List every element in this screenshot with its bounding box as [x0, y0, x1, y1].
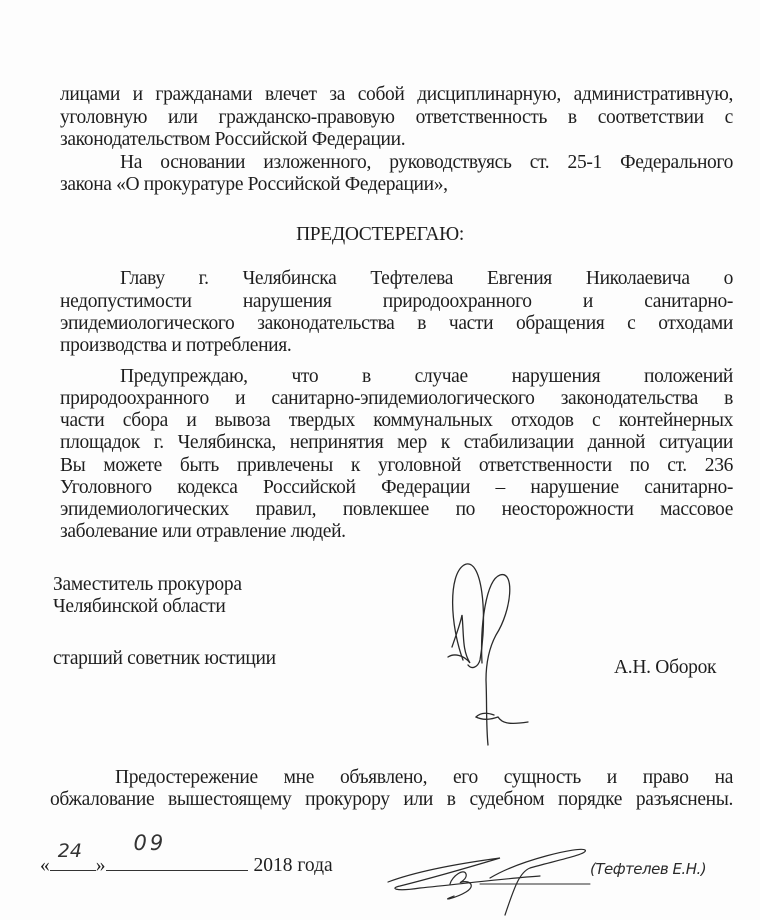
- caution-line-3: части сбора и вывоза твердых коммунальны…: [60, 410, 733, 432]
- warning-line-1: Главу г. Челябинска Тефтелева Евгения Ни…: [120, 268, 733, 290]
- signatory-title-line-1: Заместитель прокурора: [53, 574, 242, 596]
- recipient-name-handwritten: (Тефтелев Е.Н.): [590, 858, 706, 880]
- date-open-quote: «: [40, 855, 50, 876]
- basis-line-1: На основании изложенного, руководствуясь…: [120, 152, 733, 174]
- date-month-blank: 09: [106, 852, 248, 871]
- caution-line-2: природоохранного и санитарно-эпидемиолог…: [60, 388, 733, 410]
- intro-line-3: законодательством Российской Федерации.: [60, 129, 733, 151]
- date-year: 2018 года: [254, 855, 333, 876]
- caution-line-1: Предупреждаю, что в случае нарушения пол…: [120, 366, 733, 388]
- recipient-signature-icon: [380, 840, 600, 920]
- date-field: «24»092018 года: [40, 852, 333, 877]
- date-day-blank: 24: [50, 852, 96, 871]
- prosecutor-signature-icon: [430, 555, 580, 755]
- date-month: 09: [134, 832, 167, 854]
- caution-line-7: эпидемиологических правил, повлекшее по …: [60, 499, 733, 521]
- date-close-quote: »: [96, 855, 106, 876]
- basis-line-2: закона «О прокуратуре Российской Федерац…: [60, 174, 733, 196]
- warning-line-2: недопустимости нарушения природоохранног…: [60, 291, 733, 313]
- signatory-title-line-2: Челябинской области: [53, 596, 226, 618]
- intro-line-2: уголовную или гражданско-правовую ответс…: [60, 107, 733, 129]
- acknowledgement-line-2: обжалование вышестоящему прокурору или в…: [50, 789, 733, 811]
- signatory-rank: старший советник юстиции: [53, 648, 276, 670]
- warning-line-4: производства и потребления.: [60, 335, 733, 357]
- section-heading: ПРЕДОСТЕРЕГАЮ:: [0, 224, 760, 246]
- signatory-name: А.Н. Оборок: [614, 657, 716, 679]
- caution-line-5: Вы можете быть привлечены к уголовной от…: [60, 455, 733, 477]
- intro-line-1: лицами и гражданами влечет за собой дисц…: [60, 84, 733, 106]
- date-day: 24: [58, 840, 82, 862]
- document-page: лицами и гражданами влечет за собой дисц…: [0, 0, 760, 920]
- caution-line-6: Уголовного кодекса Российской Федерации …: [60, 477, 733, 499]
- acknowledgement-line-1: Предостережение мне объявлено, его сущно…: [115, 767, 733, 789]
- caution-line-8: заболевание или отравление людей.: [60, 521, 733, 543]
- caution-line-4: площадок г. Челябинска, непринятия мер к…: [60, 432, 733, 454]
- warning-line-3: эпидемиологического законодательства в ч…: [60, 313, 733, 335]
